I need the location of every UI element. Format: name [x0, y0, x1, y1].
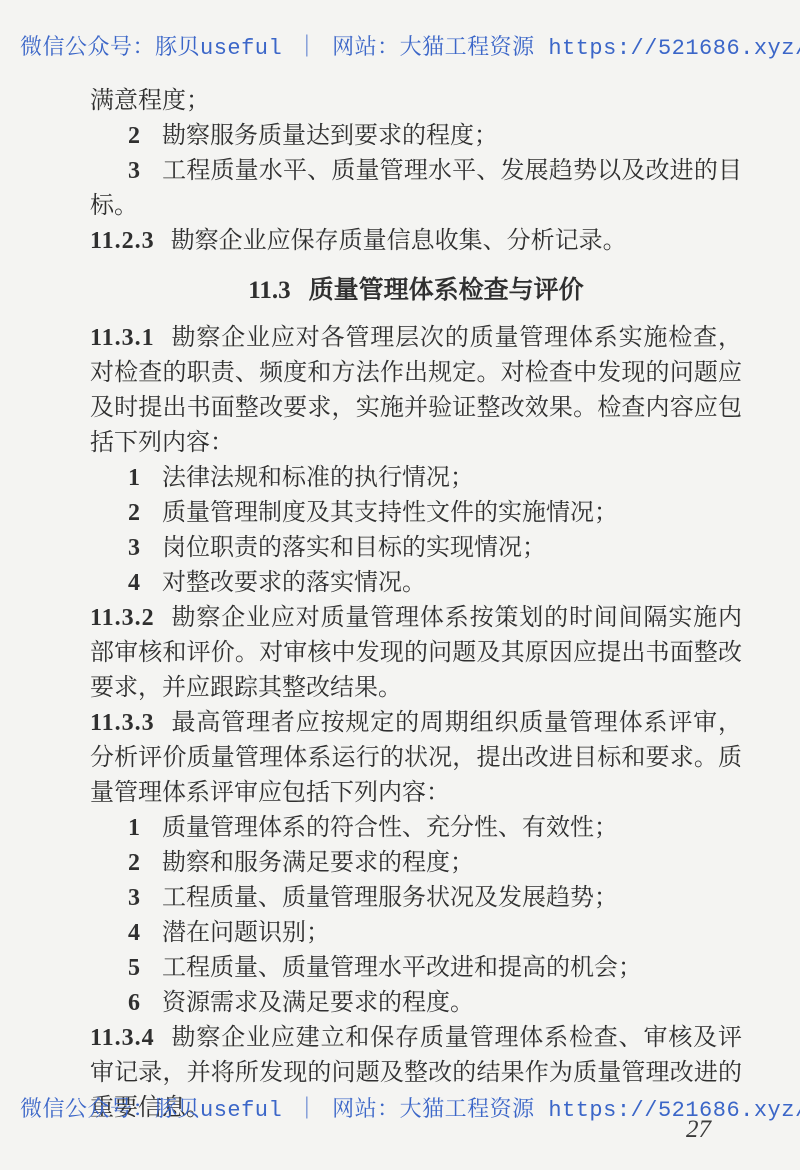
item-number: 4: [128, 920, 140, 946]
list-item: 6资源需求及满足要求的程度。: [90, 986, 742, 1021]
paragraph-text: 资源需求及满足要求的程度。: [162, 990, 474, 1016]
item-number: 6: [128, 990, 140, 1016]
paragraph-text: 勘察和服务满足要求的程度；: [162, 850, 474, 876]
paragraph-text: 质量管理体系的符合性、充分性、有效性；: [162, 815, 618, 841]
list-item: 5工程质量、质量管理水平改进和提高的机会；: [90, 951, 742, 986]
paragraph-text: 岗位职责的落实和目标的实现情况；: [162, 535, 546, 561]
list-item: 2勘察服务质量达到要求的程度；: [90, 119, 742, 154]
item-number: 1: [128, 465, 140, 491]
paragraph-text: 勘察服务质量达到要求的程度；: [162, 123, 498, 149]
paragraph-text: 对整改要求的落实情况。: [162, 570, 426, 596]
paragraph-text: 满意程度；: [90, 88, 210, 114]
item-number: 1: [128, 815, 140, 841]
paragraph-text: 法律法规和标准的执行情况；: [162, 465, 474, 491]
list-item: 4潜在问题识别；: [90, 916, 742, 951]
item-number: 3: [128, 885, 140, 911]
item-number: 11.3.4: [90, 1025, 155, 1051]
item-number: 2: [128, 123, 140, 149]
paragraph-text: 工程质量、质量管理服务状况及发展趋势；: [162, 885, 618, 911]
paragraph-text: 工程质量、质量管理水平改进和提高的机会；: [162, 955, 642, 981]
item-number: 2: [128, 850, 140, 876]
item-number: 2: [128, 500, 140, 526]
page-number: 27: [686, 1116, 711, 1144]
heading-number: 11.3: [248, 277, 290, 304]
clause-paragraph: 11.2.3勘察企业应保存质量信息收集、分析记录。: [90, 224, 742, 259]
paragraph-text: 勘察企业应对各管理层次的质量管理体系实施检查，对检查的职责、频度和方法作出规定。…: [90, 325, 742, 456]
item-number: 4: [128, 570, 140, 596]
paragraph-text: 潜在问题识别；: [162, 920, 330, 946]
list-item: 1法律法规和标准的执行情况；: [90, 461, 742, 496]
paragraph-text: 勘察企业应对质量管理体系按策划的时间间隔实施内部审核和评价。对审核中发现的问题及…: [90, 605, 742, 701]
item-number: 3: [128, 535, 140, 561]
list-item: 4对整改要求的落实情况。: [90, 566, 742, 601]
paragraph-text: 勘察企业应保存质量信息收集、分析记录。: [171, 228, 627, 254]
document-content: 满意程度；2勘察服务质量达到要求的程度；3工程质量水平、质量管理水平、发展趋势以…: [90, 84, 742, 1126]
paragraph-text: 质量管理体系检查与评价: [309, 277, 584, 304]
item-number: 3: [128, 158, 140, 184]
list-item: 3岗位职责的落实和目标的实现情况；: [90, 531, 742, 566]
item-number: 11.3.1: [90, 325, 155, 351]
list-item: 3工程质量水平、质量管理水平、发展趋势以及改进的目标。: [90, 154, 742, 224]
document-page: 微信公众号：豚贝useful ｜ 网站：大猫工程资源 https://52168…: [0, 0, 800, 1170]
item-number: 11.3.3: [90, 710, 155, 736]
list-item: 2勘察和服务满足要求的程度；: [90, 846, 742, 881]
list-item: 1质量管理体系的符合性、充分性、有效性；: [90, 811, 742, 846]
clause-paragraph: 11.3.3最高管理者应按规定的周期组织质量管理体系评审，分析评价质量管理体系运…: [90, 706, 742, 811]
watermark-header: 微信公众号：豚贝useful ｜ 网站：大猫工程资源 https://52168…: [20, 30, 800, 61]
continuation-line: 满意程度；: [90, 84, 742, 119]
list-item: 3工程质量、质量管理服务状况及发展趋势；: [90, 881, 742, 916]
item-number: 11.2.3: [90, 228, 155, 254]
watermark-footer: 微信公众号：豚贝useful ｜ 网站：大猫工程资源 https://52168…: [20, 1092, 800, 1123]
clause-paragraph: 11.3.2勘察企业应对质量管理体系按策划的时间间隔实施内部审核和评价。对审核中…: [90, 601, 742, 706]
list-item: 2质量管理制度及其支持性文件的实施情况；: [90, 496, 742, 531]
section-heading: 11.3质量管理体系检查与评价: [90, 271, 742, 311]
item-number: 5: [128, 955, 140, 981]
clause-paragraph: 11.3.1勘察企业应对各管理层次的质量管理体系实施检查，对检查的职责、频度和方…: [90, 321, 742, 461]
paragraph-text: 最高管理者应按规定的周期组织质量管理体系评审，分析评价质量管理体系运行的状况，提…: [90, 710, 742, 806]
paragraph-text: 工程质量水平、质量管理水平、发展趋势以及改进的目标。: [90, 158, 742, 219]
item-number: 11.3.2: [90, 605, 155, 631]
paragraph-text: 质量管理制度及其支持性文件的实施情况；: [162, 500, 618, 526]
